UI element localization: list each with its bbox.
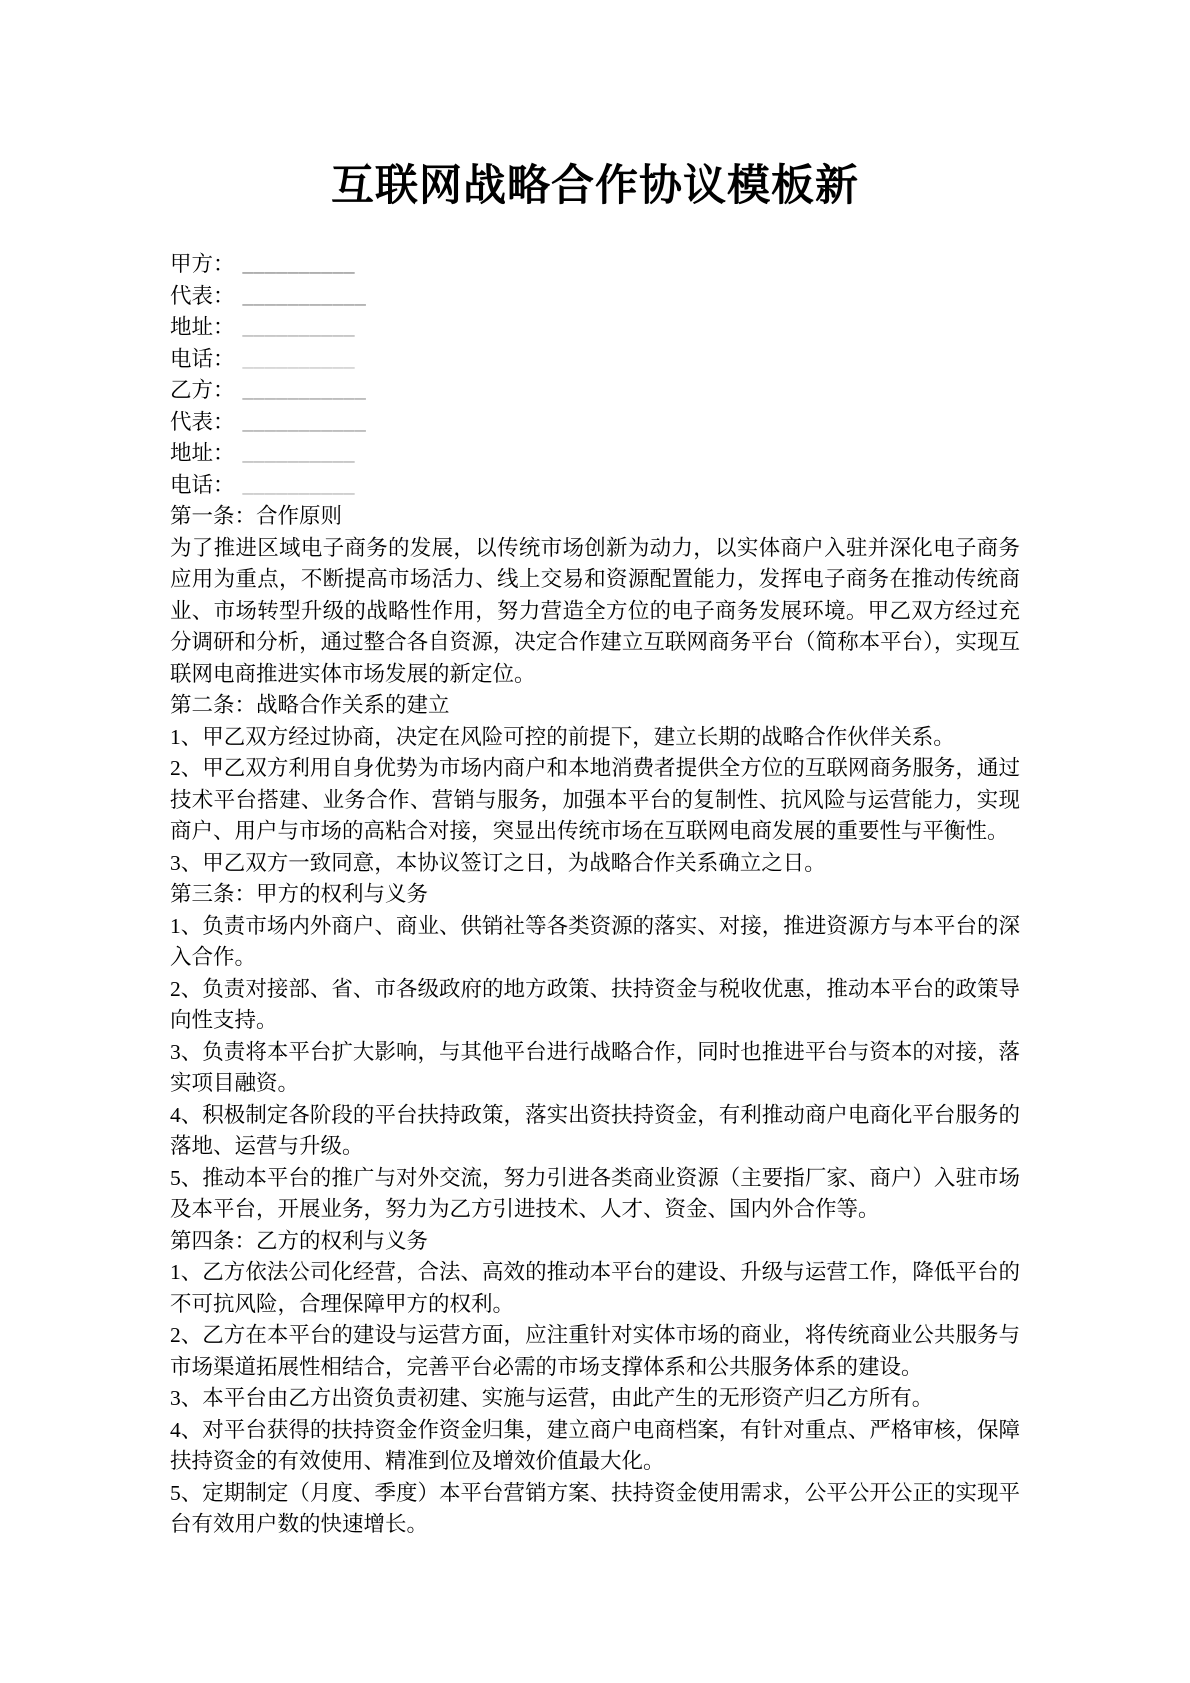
paragraph: 4、对平台获得的扶持资金作资金归集，建立商户电商档案，有针对重点、严格审核，保障… [170, 1415, 1020, 1478]
party-fields: 甲方：__________ 代表：___________ 地址：________… [170, 249, 1020, 501]
paragraph: 2、甲乙双方利用自身优势为市场内商户和本地消费者提供全方位的互联网商务服务，通过… [170, 753, 1020, 848]
field-label: 地址： [170, 441, 235, 465]
party-a-address-field: 地址：__________ [170, 312, 1020, 344]
field-blank-line: ___________ [243, 378, 367, 402]
section-3: 第三条：甲方的权利与义务 1、负责市场内外商户、商业、供销社等各类资源的落实、对… [170, 879, 1020, 1226]
party-b-address-field: 地址：__________ [170, 438, 1020, 470]
section-2: 第二条：战略合作关系的建立 1、甲乙双方经过协商，决定在风险可控的前提下，建立长… [170, 690, 1020, 879]
paragraph: 3、本平台由乙方出资负责初建、实施与运营，由此产生的无形资产归乙方所有。 [170, 1383, 1020, 1415]
field-label: 代表： [170, 410, 235, 434]
field-blank-line: __________ [243, 473, 356, 497]
section-1-heading: 第一条：合作原则 [170, 501, 1020, 533]
paragraph: 1、乙方依法公司化经营，合法、高效的推动本平台的建设、升级与运营工作，降低平台的… [170, 1257, 1020, 1320]
section-2-heading: 第二条：战略合作关系的建立 [170, 690, 1020, 722]
field-blank-line: ___________ [243, 284, 367, 308]
field-blank-line: __________ [243, 252, 356, 276]
field-label: 代表： [170, 284, 235, 308]
party-a-phone-field: 电话：__________ [170, 344, 1020, 376]
party-a-field: 甲方：__________ [170, 249, 1020, 281]
party-b-field: 乙方：___________ [170, 375, 1020, 407]
field-blank-line: __________ [243, 315, 356, 339]
field-label: 甲方： [170, 252, 235, 276]
section-4: 第四条：乙方的权利与义务 1、乙方依法公司化经营，合法、高效的推动本平台的建设、… [170, 1226, 1020, 1541]
field-label: 地址： [170, 315, 235, 339]
paragraph: 2、负责对接部、省、市各级政府的地方政策、扶持资金与税收优惠，推动本平台的政策导… [170, 974, 1020, 1037]
field-blank-line: ___________ [243, 410, 367, 434]
paragraph: 4、积极制定各阶段的平台扶持政策，落实出资扶持资金，有利推动商户电商化平台服务的… [170, 1100, 1020, 1163]
party-b-phone-field: 电话：__________ [170, 470, 1020, 502]
section-3-heading: 第三条：甲方的权利与义务 [170, 879, 1020, 911]
party-b-representative-field: 代表：___________ [170, 407, 1020, 439]
paragraph: 3、负责将本平台扩大影响，与其他平台进行战略合作，同时也推进平台与资本的对接，落… [170, 1037, 1020, 1100]
field-label: 电话： [170, 347, 235, 371]
paragraph: 5、定期制定（月度、季度）本平台营销方案、扶持资金使用需求，公平公开公正的实现平… [170, 1478, 1020, 1541]
section-1: 第一条：合作原则 为了推进区域电子商务的发展，以传统市场创新为动力，以实体商户入… [170, 501, 1020, 690]
paragraph: 5、推动本平台的推广与对外交流，努力引进各类商业资源（主要指厂家、商户）入驻市场… [170, 1163, 1020, 1226]
paragraph: 3、甲乙双方一致同意，本协议签订之日，为战略合作关系确立之日。 [170, 848, 1020, 880]
party-a-representative-field: 代表：___________ [170, 281, 1020, 313]
field-blank-line: __________ [243, 347, 356, 371]
document-title: 互联网战略合作协议模板新 [0, 163, 1190, 210]
section-4-heading: 第四条：乙方的权利与义务 [170, 1226, 1020, 1258]
paragraph: 2、乙方在本平台的建设与运营方面，应注重针对实体市场的商业，将传统商业公共服务与… [170, 1320, 1020, 1383]
field-label: 电话： [170, 473, 235, 497]
field-blank-line: __________ [243, 441, 356, 465]
paragraph: 1、甲乙双方经过协商，决定在风险可控的前提下，建立长期的战略合作伙伴关系。 [170, 722, 1020, 754]
paragraph: 为了推进区域电子商务的发展，以传统市场创新为动力，以实体商户入驻并深化电子商务应… [170, 533, 1020, 691]
document-content: 甲方：__________ 代表：___________ 地址：________… [170, 249, 1020, 1541]
document-page: 互联网战略合作协议模板新 甲方：__________ 代表：__________… [0, 0, 1190, 1683]
paragraph: 1、负责市场内外商户、商业、供销社等各类资源的落实、对接，推进资源方与本平台的深… [170, 911, 1020, 974]
field-label: 乙方： [170, 378, 235, 402]
